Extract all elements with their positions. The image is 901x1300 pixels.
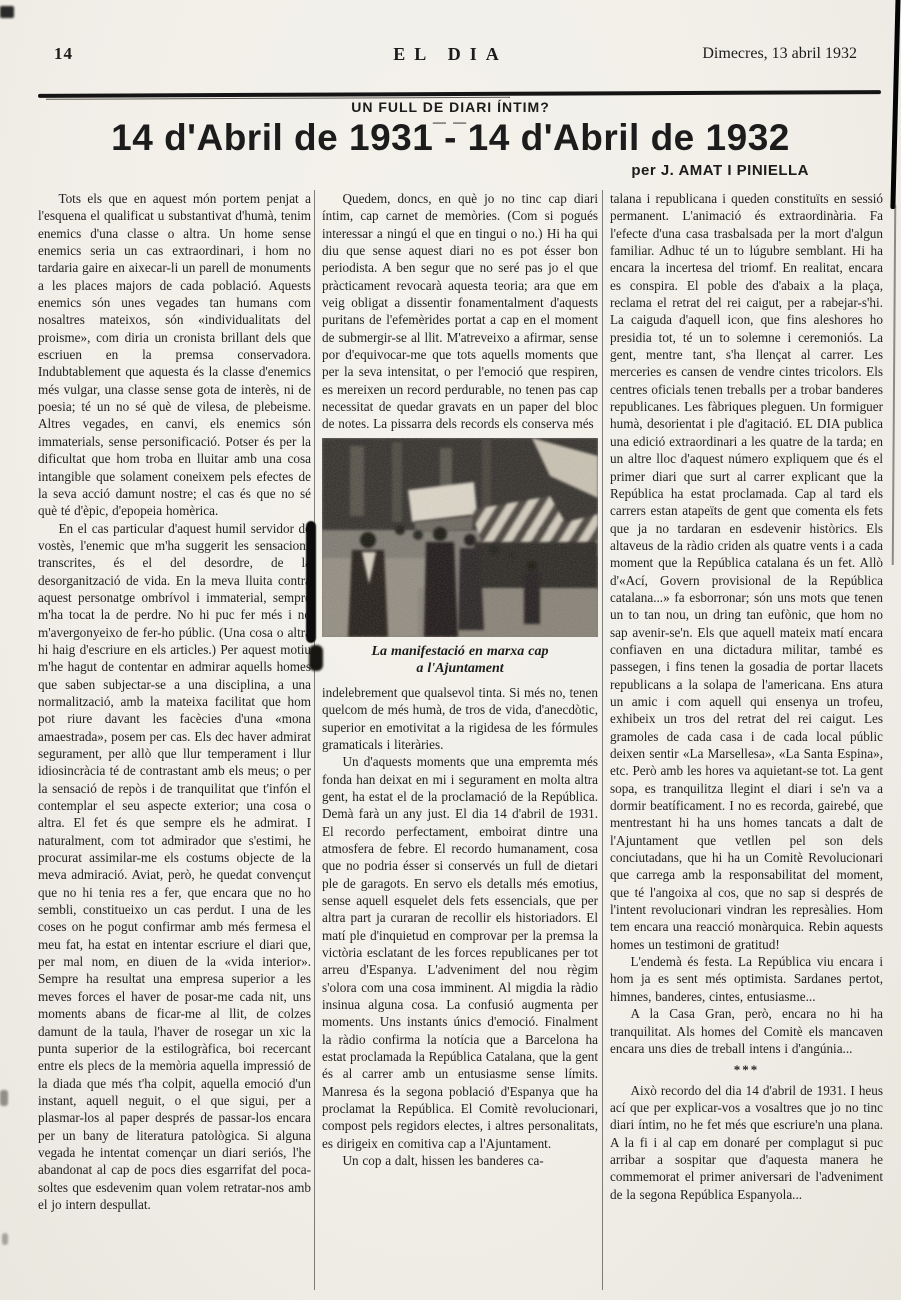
body-paragraph: L'endemà és festa. La República viu enca… — [610, 953, 883, 1005]
body-paragraph: Quedem, doncs, en què jo no tinc cap dia… — [322, 190, 598, 433]
ink-smudge — [309, 645, 323, 671]
body-paragraph: Un d'aquests moments que una empremta mé… — [322, 753, 598, 1152]
dateline: Dimecres, 13 abril 1932 — [702, 45, 857, 63]
body-paragraph: Un cop a dalt, hissen les banderes ca- — [322, 1152, 598, 1169]
article-headline: 14 d'Abril de 1931 - 14 d'Abril de 1932 — [0, 117, 901, 159]
scan-mark — [2, 1233, 8, 1245]
photo-caption-line: a l'Ajuntament — [322, 660, 598, 677]
photo-caption-line: La manifestació en marxa cap — [322, 643, 598, 660]
body-paragraph: En el cas particular d'aquest humil serv… — [38, 520, 311, 1214]
scan-mark — [0, 1090, 8, 1106]
section-separator: *** — [610, 1061, 883, 1078]
header-rule — [38, 90, 881, 98]
newspaper-page: 14 EL DIA Dimecres, 13 abril 1932 UN FUL… — [0, 0, 901, 1300]
article-kicker: UN FULL DE DIARI ÍNTIM? — [0, 99, 901, 115]
column-rule-2 — [602, 190, 603, 1290]
ink-smudge — [306, 521, 316, 643]
body-paragraph: A la Casa Gran, però, encara no hi ha tr… — [610, 1005, 883, 1057]
photo-caption: La manifestació en marxa cap a l'Ajuntam… — [322, 643, 598, 677]
body-paragraph: Això recordo del dia 14 d'abril de 1931.… — [610, 1082, 883, 1203]
column-rule-1 — [314, 190, 315, 1290]
column-3: talana i republicana i queden constituït… — [610, 190, 883, 1296]
body-paragraph: talana i republicana i queden constituït… — [610, 190, 883, 953]
scan-mark — [0, 6, 14, 18]
scan-edge-artifact — [892, 205, 897, 565]
column-1: Tots els que en aquest món portem penjat… — [38, 190, 311, 1296]
manifestation-photo — [322, 438, 598, 637]
body-paragraph: indelebrement que qualsevol tinta. Si mé… — [322, 684, 598, 753]
column-2: Quedem, doncs, en què jo no tinc cap dia… — [322, 190, 598, 1296]
article-byline: per J. AMAT I PINIELLA — [631, 162, 809, 179]
body-paragraph: Tots els que en aquest món portem penjat… — [38, 190, 311, 520]
